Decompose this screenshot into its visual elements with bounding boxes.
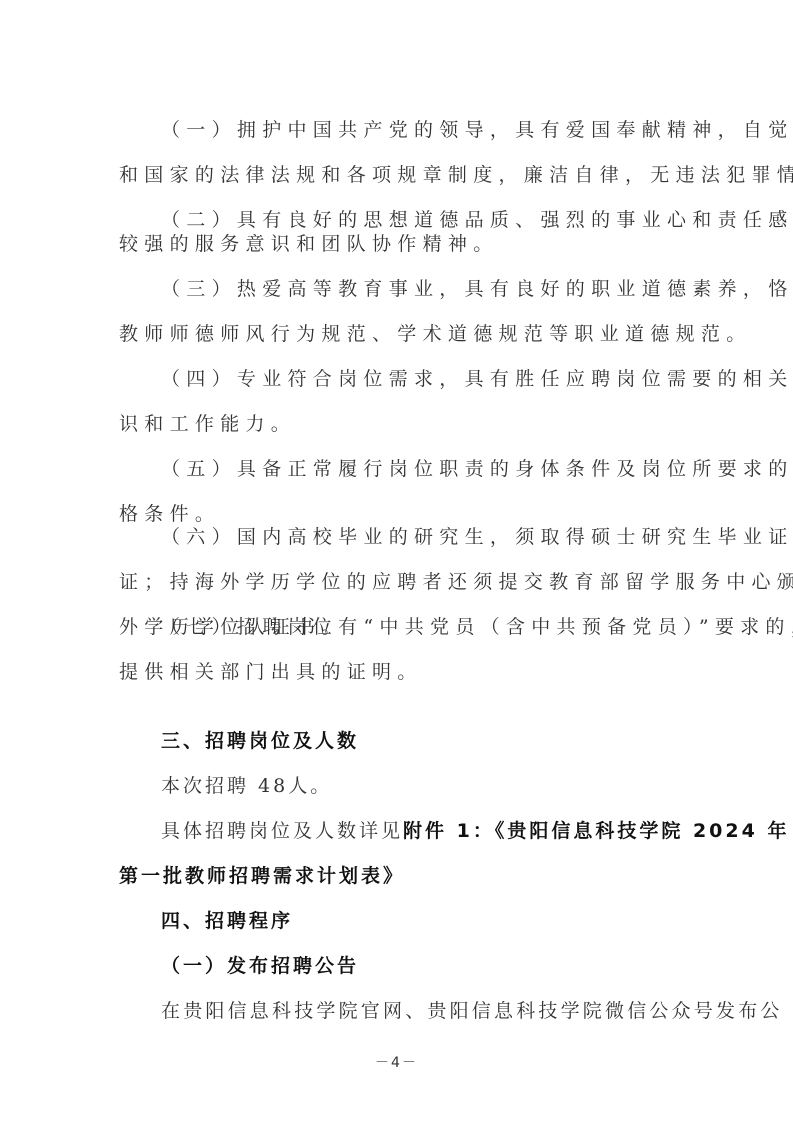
- paragraph-3-line-1: （三）热爱高等教育事业，具有良好的职业道德素养，恪守高校: [161, 276, 677, 302]
- paragraph-7-line-2: 提供相关部门出具的证明。: [119, 659, 677, 685]
- paragraph-6-line-1: （六）国内高校毕业的研究生，须取得硕士研究生毕业证、学位: [161, 524, 677, 550]
- paragraph-4-line-2: 识和工作能力。: [119, 411, 677, 437]
- section-4-text-line-1: 在贵阳信息科技学院官网、贵阳信息科技学院微信公众号发布公: [161, 998, 677, 1024]
- paragraph-7-line-1: （七）招聘岗位有“中共党员（含中共预备党员）”要求的，须: [161, 614, 677, 640]
- section-4-heading: 四、招聘程序: [161, 908, 677, 934]
- section-3-detail-prefix: 具体招聘岗位及人数详见: [161, 820, 403, 842]
- paragraph-4-line-1: （四）专业符合岗位需求，具有胜任应聘岗位需要的相关专业知: [161, 366, 677, 392]
- paragraph-5-line-1: （五）具备正常履行岗位职责的身体条件及岗位所要求的其他资: [161, 456, 677, 482]
- section-3-detail-line-1: 具体招聘岗位及人数详见附件 1：《贵阳信息科技学院 2024 年: [161, 818, 677, 844]
- paragraph-3-line-2: 教师师德师风行为规范、学术道德规范等职业道德规范。: [119, 321, 677, 347]
- section-4-subheading: （一）发布招聘公告: [161, 953, 677, 979]
- paragraph-1-line-2: 和国家的法律法规和各项规章制度，廉洁自律，无违法犯罪情况。: [119, 162, 677, 188]
- document-page: （一）拥护中国共产党的领导，具有爱国奉献精神，自觉遵守党 和国家的法律法规和各项…: [0, 0, 793, 1122]
- paragraph-6-line-2: 证；持海外学历学位的应聘者还须提交教育部留学服务中心颁发的国: [119, 569, 677, 595]
- paragraph-2-line-1: （二）具有良好的思想道德品质、强烈的事业心和责任感，具有: [161, 207, 677, 233]
- paragraph-1-line-1: （一）拥护中国共产党的领导，具有爱国奉献精神，自觉遵守党: [161, 117, 677, 143]
- section-3-heading: 三、招聘岗位及人数: [161, 728, 677, 754]
- attachment-reference: 附件 1：《贵阳信息科技学院 2024 年: [403, 820, 789, 842]
- page-number: －4－: [0, 1052, 793, 1072]
- section-3-detail-line-2: 第一批教师招聘需求计划表》: [119, 863, 677, 889]
- section-3-count: 本次招聘 48人。: [161, 773, 677, 799]
- paragraph-2-line-2: 较强的服务意识和团队协作精神。: [119, 231, 677, 257]
